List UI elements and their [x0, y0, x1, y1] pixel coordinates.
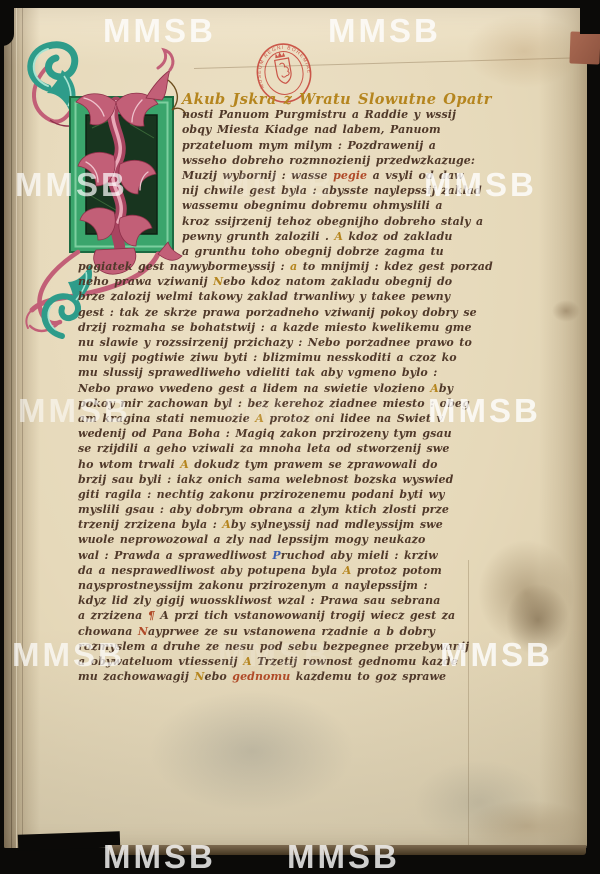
- manuscript-line: nu slawie y rozssirzenij przichazy : Neb…: [78, 335, 474, 350]
- watermark: MMSB: [428, 394, 541, 427]
- gutter-crease: [11, 8, 12, 848]
- watermark: MMSB: [12, 638, 125, 671]
- manuscript-line: nosti Panuom Purgmistru a Raddie y wssij: [78, 107, 474, 122]
- manuscript-line: a grunthu toho obegnij dobrze zagma tu: [78, 244, 474, 259]
- manuscript-text-segment: mu slussij sprawedliweho vdieliti tak ab…: [78, 366, 437, 379]
- manuscript-line: a zrzizena ¶ A przi tich vstanowowanij t…: [78, 608, 474, 623]
- manuscript-text-segment: ruchod aby mieli : krziw: [281, 549, 438, 562]
- watermark: MMSB: [328, 14, 441, 47]
- manuscript-text-segment: N: [138, 625, 148, 638]
- manuscript-text-segment: naysprostneyssijm zakonu przirozenym a n…: [78, 579, 428, 592]
- gutter-crease: [16, 8, 17, 848]
- manuscript-text-segment: kroz ssijrzenij tehoz obegnijho dobreho …: [182, 215, 483, 228]
- manuscript-text-segment: P: [272, 549, 280, 562]
- manuscript-text-segment: ebo kdoz natom zakladu obegnij do: [223, 275, 452, 288]
- manuscript-text-segment: N: [213, 275, 223, 288]
- watermark: MMSB: [15, 168, 128, 201]
- manuscript-text-segment: wuole neprowozowal a zly nad lepssijm mo…: [78, 533, 425, 546]
- manuscript-text-segment: wsseho dobreho rozmnozienij przedwzkazug…: [182, 154, 475, 167]
- manuscript-text-segment: neho prawa vziwanij: [78, 275, 213, 288]
- manuscript-text-segment: kdyz lid zly gigij wuosskliwost wzal : P…: [78, 594, 440, 607]
- manuscript-line: mu slussij sprawedliweho vdieliti tak ab…: [78, 365, 474, 380]
- watermark: MMSB: [440, 638, 553, 671]
- watermark: MMSB: [103, 14, 216, 47]
- watermark: MMSB: [18, 394, 131, 427]
- manuscript-text-segment: giti ragila : nechtig zakonu przirozenem…: [78, 488, 445, 501]
- manuscript-line: trzenij zrzizena byla : Aby sylneyssij n…: [78, 517, 474, 532]
- manuscript-line: Akub Jskra z Wratu Slowutne Opatr: [78, 92, 474, 107]
- manuscript-text-segment: A: [180, 458, 189, 471]
- manuscript-line: mu vgij pogtiwie ziwu byti : blizmimu ne…: [78, 350, 474, 365]
- repair-patch: [569, 31, 600, 64]
- manuscript-text-segment: mu vgij pogtiwie ziwu byti : blizmimu ne…: [78, 351, 457, 364]
- watermark: MMSB: [225, 394, 338, 427]
- manuscript-line: wal : Prawda a sprawedliwost Pruchod aby…: [78, 548, 474, 563]
- manuscript-line: ho wtom trwali A dokudz tym prawem se zp…: [78, 457, 474, 472]
- manuscript-text-segment: kdoz od zakladu: [343, 230, 453, 243]
- manuscript-text-segment: ¶: [148, 609, 161, 622]
- manuscript-text-segment: nu slawie y rozssirzenij przichazy : Neb…: [78, 336, 472, 349]
- teal-flourish-top: [31, 45, 76, 112]
- manuscript-line: giti ragila : nechtig zakonu przirozenem…: [78, 487, 474, 502]
- photo-backdrop: MUSEUM REGNI BOHEMIAE Akub Jskra z Wratu…: [0, 0, 600, 874]
- manuscript-text-segment: N: [194, 670, 204, 683]
- manuscript-text-segment: a grunthu toho obegnij dobrze zagma tu: [182, 245, 444, 258]
- watermark: MMSB: [218, 638, 331, 671]
- manuscript-line: drzij rozmaha se bohatstwij : a kazde mi…: [78, 320, 474, 335]
- stamp-lion: [279, 62, 289, 77]
- manuscript-text-segment: Akub Jskra z Wratu Slowutne Opatr: [182, 91, 492, 108]
- manuscript-text-segment: protoz potom: [351, 564, 442, 577]
- watermark: MMSB: [424, 168, 537, 201]
- manuscript-text-segment: pogiatek gest naywybormeyssij :: [78, 260, 290, 273]
- corner-shadow-top-right: [580, 0, 600, 34]
- manuscript-text-segment: ho wtom trwali: [78, 458, 180, 471]
- manuscript-line: kroz ssijrzenij tehoz obegnijho dobreho …: [78, 214, 474, 229]
- manuscript-line: brze zalozij welmi takowy zaklad trwanli…: [78, 289, 474, 304]
- manuscript-line: wuole neprowozowal a zly nad lepssijm mo…: [78, 532, 474, 547]
- manuscript-line: obqy Miesta Kiadge nad labem, Panuom: [78, 122, 474, 137]
- manuscript-line: gest : tak ze skrze prawa porzadneho vzi…: [78, 305, 474, 320]
- manuscript-line: neho prawa vziwanij Nebo kdoz natom zakl…: [78, 274, 474, 289]
- watermark: MMSB: [103, 840, 216, 873]
- manuscript-text-segment: pewny grunth zalozili .: [182, 230, 334, 243]
- manuscript-text-segment: obqy Miesta Kiadge nad labem, Panuom: [182, 123, 441, 136]
- manuscript-line: kdyz lid zly gigij wuosskliwost wzal : P…: [78, 593, 474, 608]
- manuscript-text-segment: a zrzizena: [78, 609, 148, 622]
- edge-shading: [539, 8, 587, 848]
- manuscript-text-segment: to mnijmij : kdez gest porzad: [297, 260, 492, 273]
- manuscript-line: naysprostneyssijm zakonu przirozenym a n…: [78, 578, 474, 593]
- manuscript-text-segment: trzenij zrzizena byla :: [78, 518, 222, 531]
- manuscript-line: przateluom mym milym : Pozdrawenij a: [78, 138, 474, 153]
- watermark: MMSB: [287, 840, 400, 873]
- watermark: MMSB: [222, 168, 335, 201]
- manuscript-line: pewny grunth zalozili . A kdoz od zaklad…: [78, 229, 474, 244]
- manuscript-text-segment: brze zalozij welmi takowy zaklad trwanli…: [78, 290, 450, 303]
- manuscript-text-segment: myslili gsau : aby dobrym obrana a zlym …: [78, 503, 449, 516]
- manuscript-text-segment: drzij rozmaha se bohatstwij : a kazde mi…: [78, 321, 472, 334]
- manuscript-text-segment: pegie: [333, 169, 367, 182]
- manuscript-line: da a nesprawedliwost aby potupena byla A…: [78, 563, 474, 578]
- manuscript-text-segment: wal : Prawda a sprawedliwost: [78, 549, 272, 562]
- manuscript-text-segment: se rzijdili a geho vziwali za mnoha leta…: [78, 442, 449, 455]
- manuscript-text-segment: gest : tak ze skrze prawa porzadneho vzi…: [78, 306, 477, 319]
- stain: [150, 690, 354, 812]
- manuscript-text-segment: A: [222, 518, 231, 531]
- stain: [552, 300, 580, 322]
- manuscript-line: pogiatek gest naywybormeyssij : a to mni…: [78, 259, 474, 274]
- manuscript-line: se rzijdili a geho vziwali za mnoha leta…: [78, 441, 474, 456]
- corner-shadow-top-left: [0, 0, 14, 46]
- manuscript-line: brzij sau byli : iakz onich sama welebno…: [78, 472, 474, 487]
- manuscript-text-segment: nosti Panuom Purgmistru a Raddie y wssij: [182, 108, 456, 121]
- manuscript-text-segment: dokudz tym prawem se zprawowali do: [189, 458, 438, 471]
- manuscript-text-segment: A przi tich vstanowowanij trogij wiecz g…: [160, 609, 455, 622]
- stamp-shield: [275, 58, 293, 85]
- manuscript-text-segment: przateluom mym milym : Pozdrawenij a: [182, 139, 436, 152]
- manuscript-line: myslili gsau : aby dobrym obrana a zlym …: [78, 502, 474, 517]
- manuscript-text-segment: brzij sau byli : iakz onich sama welebno…: [78, 473, 453, 486]
- manuscript-text-segment: by sylneyssij nad mdleyssijm swe: [231, 518, 443, 531]
- stain: [466, 14, 582, 88]
- manuscript-text-segment: A: [334, 230, 343, 243]
- manuscript-text-segment: wedenij od Pana Boha : Magiq zakon przir…: [78, 427, 452, 440]
- manuscript-text-segment: da a nesprawedliwost aby potupena byla: [78, 564, 343, 577]
